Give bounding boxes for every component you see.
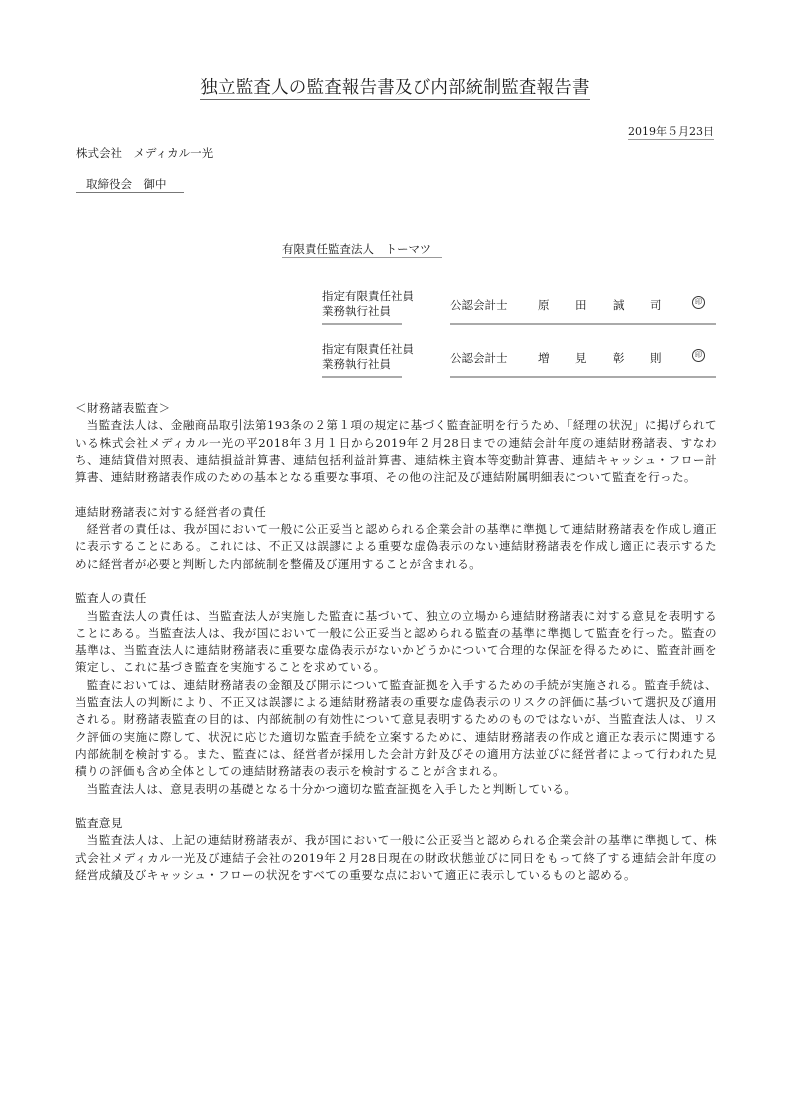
section-heading-audit-opinion: 監査意見 [75, 815, 717, 832]
spacer [75, 573, 717, 590]
paragraph-auditor-responsibility-2: 監査においては、連結財務諸表の金額及び開示について監査証拠を入手するための手続が… [75, 677, 717, 781]
paragraph-audit-opinion: 当監査法人は、上記の連結財務諸表が、我が国において一般に公正妥当と認められる企業… [75, 832, 717, 884]
seal-icon: 印 [692, 349, 705, 362]
seal-icon: 印 [692, 296, 705, 309]
report-title: 独立監査人の監査報告書及び内部統制監査報告書 [0, 74, 790, 99]
spacer [75, 798, 717, 815]
signatory-row: 指定有限責任社員 業務執行社員 公認会計士 増 見 彰 則 印 [322, 342, 716, 380]
addressee-board: 取締役会 御中 [76, 176, 184, 193]
signatory-name-char: 見 [575, 350, 587, 366]
signatory-role: 指定有限責任社員 業務執行社員 [322, 342, 402, 378]
section-heading-financial-audit: ＜財務諸表監査＞ [75, 400, 717, 417]
section-heading-management-responsibility: 連結財務諸表に対する経営者の責任 [75, 504, 717, 521]
signatory-role-line2: 業務執行社員 [322, 357, 402, 372]
signatory-role-line2: 業務執行社員 [322, 304, 402, 319]
report-body: ＜財務諸表監査＞ 当監査法人は、金融商品取引法第193条の２第１項の規定に基づく… [75, 400, 717, 884]
report-title-text: 独立監査人の監査報告書及び内部統制監査報告書 [200, 78, 589, 100]
signatory-name-char: 司 [650, 297, 662, 313]
signatory-role: 指定有限責任社員 業務執行社員 [322, 289, 402, 325]
signatory-name-char: 田 [575, 297, 587, 313]
section-heading-auditor-responsibility: 監査人の責任 [75, 590, 717, 607]
signatory-name-block: 公認会計士 原 田 誠 司 印 [450, 289, 716, 325]
signatory-title: 公認会計士 [450, 350, 508, 366]
signatory-name-char: 彰 [613, 350, 625, 366]
paragraph-auditor-responsibility-1: 当監査法人の責任は、当監査法人が実施した監査に基づいて、独立の立場から連結財務諸… [75, 608, 717, 677]
signatory-role-line1: 指定有限責任社員 [322, 289, 402, 304]
signatory-role-line1: 指定有限責任社員 [322, 342, 402, 357]
signatory-name-char: 原 [538, 297, 550, 313]
signatory-name-char: 則 [650, 350, 662, 366]
spacer [75, 486, 717, 503]
signatory-title: 公認会計士 [450, 297, 508, 313]
signatory-name-block: 公認会計士 増 見 彰 則 印 [450, 342, 716, 378]
report-date: 2019年５月23日 [628, 123, 714, 140]
paragraph-management-responsibility: 経営者の責任は、我が国において一般に公正妥当と認められる企業会計の基準に準拠して… [75, 521, 717, 573]
paragraph-financial-audit: 当監査法人は、金融商品取引法第193条の２第１項の規定に基づく監査証明を行うため… [75, 417, 717, 486]
signatory-name-char: 増 [538, 350, 550, 366]
signatory-row: 指定有限責任社員 業務執行社員 公認会計士 原 田 誠 司 印 [322, 289, 716, 327]
audit-firm-name: 有限責任監査法人 トーマツ [282, 241, 442, 258]
addressee-company: 株式会社 メディカル一光 [76, 145, 213, 161]
paragraph-auditor-responsibility-3: 当監査法人は、意見表明の基礎となる十分かつ適切な監査証拠を入手したと判断している… [75, 781, 717, 798]
signatory-name-char: 誠 [613, 297, 625, 313]
